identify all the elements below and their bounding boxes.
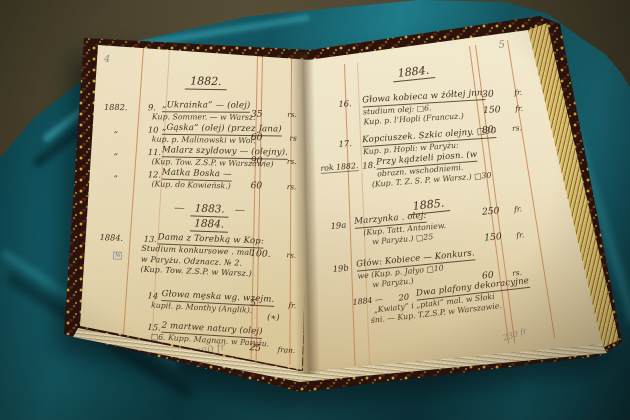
entry-margin-date: rok 1882. bbox=[320, 161, 359, 174]
entry-date: 1884. bbox=[100, 232, 124, 243]
year-header-text: 1883. bbox=[190, 202, 229, 217]
entry-price: 150 fr. bbox=[484, 229, 525, 243]
year-header-1884: 1884. bbox=[368, 61, 459, 83]
entry-title: „Ukrainka” — (olej) bbox=[162, 100, 250, 113]
entry-number: 13. bbox=[143, 234, 157, 245]
ledger-entry-14: 14 Głowa męska wg. wzejm. kupił. p. Mont… bbox=[103, 286, 297, 319]
price-value: 150 bbox=[484, 231, 502, 243]
price-value: 100. bbox=[250, 248, 271, 260]
price-value: 60 bbox=[250, 180, 262, 191]
price-value: 150 bbox=[483, 104, 501, 116]
photo-scene: 4 1882. 1882. 9. „Ukrainka” — (olej) Kup… bbox=[0, 0, 630, 420]
dash: — bbox=[168, 202, 191, 215]
ledger-entry-19a: 19a Marzynka . olej: (Kup. Tatt. Antonie… bbox=[330, 202, 522, 251]
price-value: 35 bbox=[251, 109, 263, 120]
mid-year-headers: —1883.— 1884. bbox=[149, 200, 270, 234]
price-value: 250 bbox=[482, 205, 500, 217]
entry-date: 1882. bbox=[104, 102, 128, 112]
entry-number: 18. bbox=[362, 160, 376, 171]
entry-number: 9. bbox=[148, 102, 156, 112]
price-unit: fr. bbox=[514, 88, 522, 97]
entry-number: 15. bbox=[147, 322, 161, 333]
price-unit: fr. bbox=[516, 230, 525, 240]
blue-stamp: № bbox=[113, 252, 123, 260]
year-header-text: 1882. bbox=[185, 74, 227, 90]
price-value: 80. bbox=[482, 124, 497, 136]
entry-price: 5 fr. bbox=[250, 298, 297, 311]
price-unit: fran. bbox=[277, 345, 295, 355]
price-value: 5 bbox=[250, 298, 256, 309]
price-note: (∗) bbox=[267, 313, 280, 324]
entry-price: 100. rs. bbox=[250, 248, 296, 261]
open-ledger-book: 4 1882. 1882. 9. „Ukrainka” — (olej) Kup… bbox=[0, 0, 630, 420]
price-value: 25 bbox=[249, 342, 261, 354]
entry-number: 19b bbox=[332, 262, 349, 273]
year-header-text: 1884. bbox=[392, 63, 435, 82]
price-value: 60 bbox=[251, 132, 263, 143]
entry-number: 12. bbox=[148, 169, 162, 179]
price-unit: fr. bbox=[515, 104, 523, 113]
entry-number: 19a bbox=[330, 220, 346, 231]
dash: — bbox=[229, 204, 252, 217]
ledger-entry-9: 1882. 9. „Ukrainka” — (olej) Kup. Sommer… bbox=[104, 100, 297, 124]
entry-number: 14 bbox=[147, 290, 158, 301]
page-number-pencil: 4 bbox=[104, 54, 111, 65]
mid-year-row: 1884. bbox=[149, 215, 269, 234]
entry-price: 60 rs bbox=[251, 132, 297, 144]
entry-number: 16. bbox=[338, 98, 352, 109]
price-unit: fr. bbox=[514, 204, 523, 214]
entry-price: 90. rs. bbox=[251, 155, 297, 167]
entry-date: „ bbox=[114, 124, 118, 134]
ledger-entry-16: 16. Głowa kobieca w żółtej jnn. studium … bbox=[338, 86, 522, 129]
price-value: 90. bbox=[251, 155, 266, 166]
price-value: 30 bbox=[482, 88, 494, 100]
entry-number: 17. bbox=[338, 138, 352, 149]
price-unit: rs. bbox=[512, 123, 522, 133]
ledger-entry-10: „ 10 „Gąska” (olej) (przez Jana) kup. p.… bbox=[104, 122, 297, 147]
entry-price: 60 rs. bbox=[250, 180, 296, 192]
page-number-pencil: 5 bbox=[498, 39, 506, 51]
year-header-text: 1884. bbox=[190, 217, 229, 232]
entry-date: „ bbox=[114, 146, 118, 156]
ledger-entry-13: 1884. 13. № Dama z Torebką w Kop: Studiu… bbox=[98, 230, 297, 282]
entry-number: 10 bbox=[148, 125, 159, 135]
entry-number: 11. bbox=[148, 147, 162, 157]
year-header-1882: 1882. bbox=[158, 74, 254, 89]
entry-date: „ bbox=[114, 168, 119, 178]
